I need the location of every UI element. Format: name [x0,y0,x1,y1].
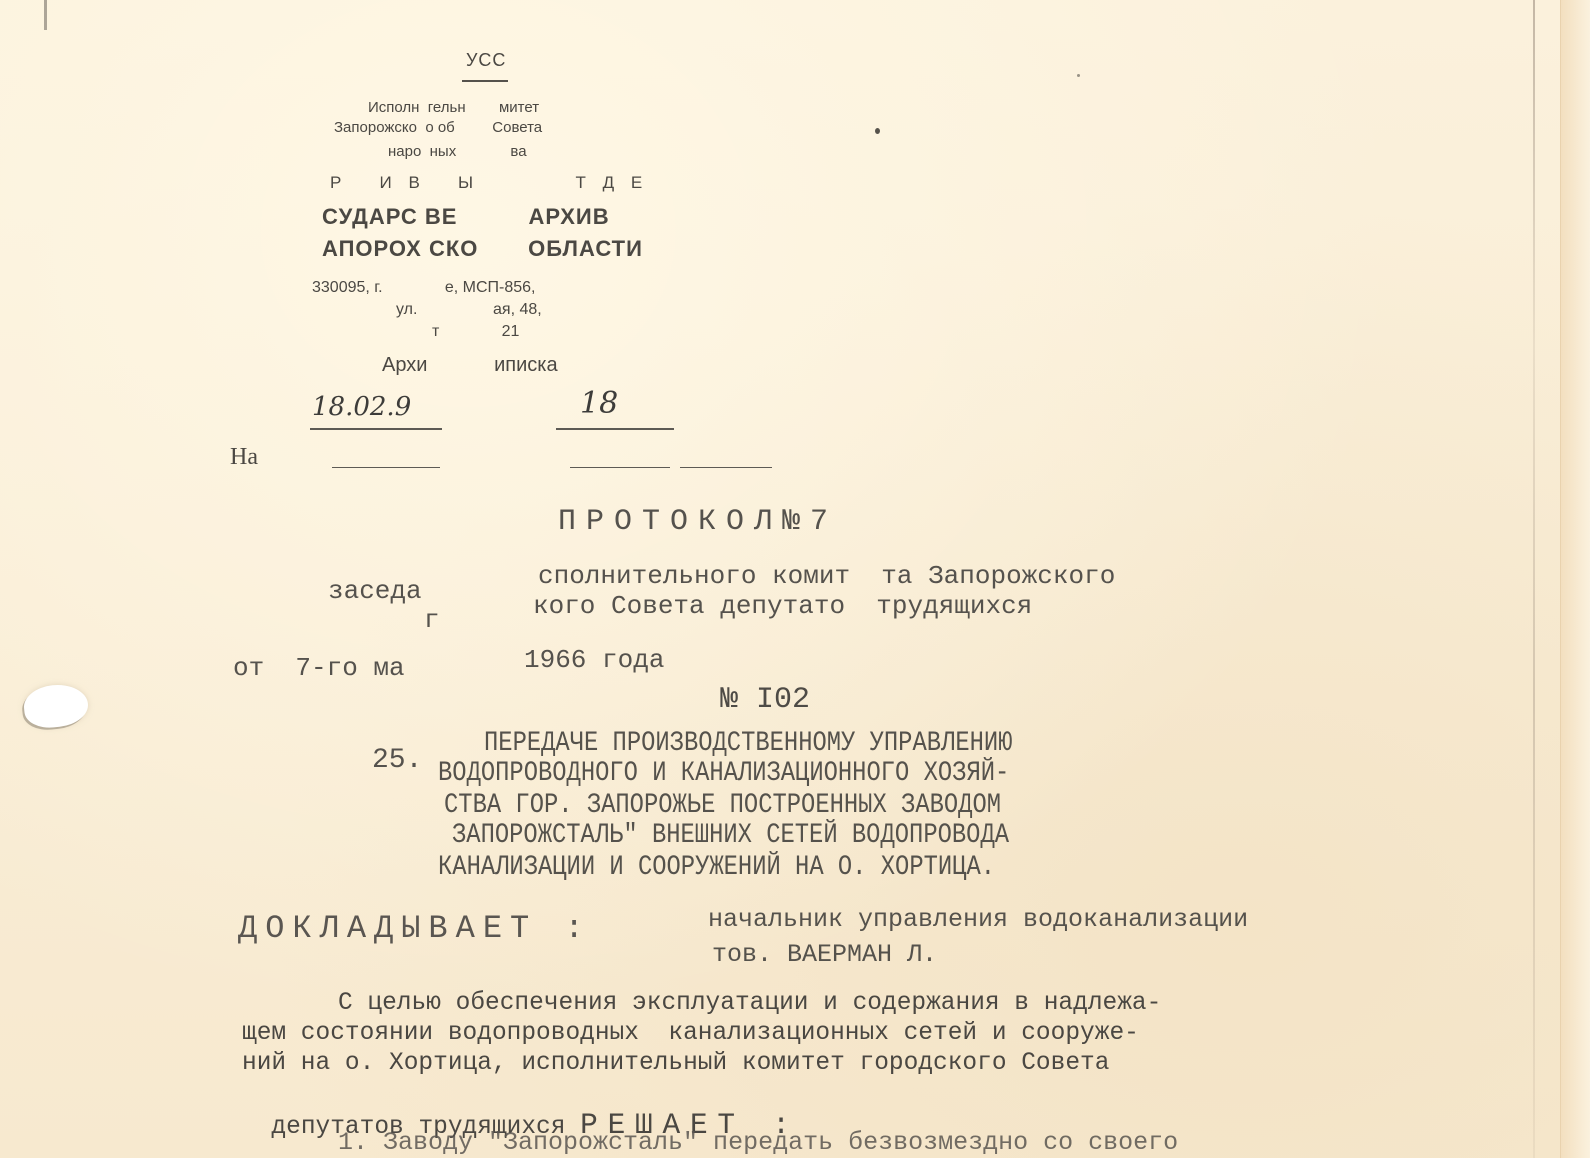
item-heading-line-1: ПЕРЕДАЧЕ ПРОИЗВОДСТВЕННОМУ УПРАВЛЕНИЮ [484,728,1012,759]
stamp-archive-line-1: СУДАРС ВЕ АРХИВ [322,204,610,230]
stamp-org-line-1: Исполн гельн митет [368,98,539,118]
decision-number: № I02 [720,683,810,717]
extract-number: 18 [580,386,618,421]
meeting-line-2-right: кого Совета депутато трудящихся [533,591,1032,621]
page-edge-strip [1560,0,1590,1158]
item-heading-line-4: ЗАПОРОЖСТАЛЬ" ВНЕШНИХ СЕТЕЙ ВОДОПРОВОДА [452,820,1009,851]
margin-rule [1533,0,1535,1158]
meeting-line-1-right: сполнительного комит та Запорожского [538,561,1115,591]
extract-date: 18.02.9 [312,392,411,422]
protocol-title: ПРОТОКОЛ№7 [558,505,838,539]
archive-extract-label: Архи иписка [382,354,558,377]
meeting-date-right: 1966 года [524,645,664,675]
body-line-2: щем состоянии водопроводных канализацион… [242,1018,1139,1047]
body-cutoff-line: 1. Заводу "Запорожсталь" передать безвоз… [338,1128,1178,1157]
reply-fill-line [680,467,772,468]
date-fill-line [310,428,442,430]
item-heading-line-2: ВОДОПРОВОДНОГО И КАНАЛИЗАЦИОННОГО ХОЗЯЙ- [438,758,1009,789]
item-heading-line-5: КАНАЛИЗАЦИИ И СООРУЖЕНИЙ НА О. ХОРТИЦА. [438,852,995,883]
stamp-department: Р И В Ы Т Д Е [330,173,648,193]
reply-to-label: На [230,444,258,471]
stamp-address-line-2: ул. ая, 48, [396,300,542,320]
speaker-label: ДОКЛАДЫВАЕТ : [238,910,592,947]
body-line-3: ний на о. Хортица, исполнительный комите… [242,1048,1109,1077]
ink-speck [875,128,880,134]
meeting-line-1-left: заседа [328,576,422,606]
stamp-address-line-3: т 21 [432,322,519,342]
meeting-date-left: от 7-го ма [233,653,405,683]
ink-speck [1077,74,1080,77]
stamp-org-line-2: Запорожско о об Совета [334,118,542,138]
stamp-org-line-3: наро ных ва [388,142,527,162]
item-number: 25. [372,745,422,776]
number-fill-line [556,428,674,430]
stamp-archive-line-2: АПОРОХ СКО ОБЛАСТИ [322,236,643,262]
item-heading-line-3: СТВА ГОР. ЗАПОРОЖЬЕ ПОСТРОЕННЫХ ЗАВОДОМ [444,790,1001,821]
stamp-address-line-1: 330095, г. е, МСП-856, [312,278,535,298]
reply-fill-line [570,467,670,468]
meeting-line-2-left: г [424,605,440,635]
reply-fill-line [332,467,440,468]
stamp-country: УСС [466,50,506,71]
speaker-name: тов. ВАЕРМАН Л. [712,940,937,969]
stamp-underline [462,80,508,82]
scan-mark [44,0,47,30]
body-line-1: С целью обеспечения эксплуатации и содер… [338,988,1161,1017]
speaker-position: начальник управления водоканализации [708,905,1248,934]
